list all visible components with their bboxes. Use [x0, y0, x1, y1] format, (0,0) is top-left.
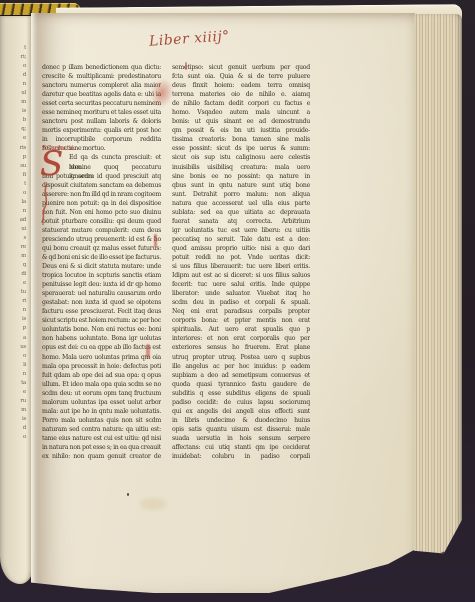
text-line: Porro mala uoluntas quis non sit scdm: [42, 416, 161, 425]
text-line: ui: [8, 225, 26, 234]
text-line: fcta sunt oia. Quia & si de terre puluer…: [172, 72, 310, 81]
text-line: naturam sed contra natura: qa uitiu est:: [42, 425, 161, 434]
text-line: qbus sunt in qntu nature sunt utiq bone: [172, 181, 310, 190]
text-line: o: [8, 352, 26, 361]
text-line: n: [8, 306, 26, 315]
text-line: fi: [8, 171, 26, 180]
text-line: n: [8, 370, 26, 379]
text-line: inuisibilis uisibilisq creatura: mala ue…: [172, 163, 310, 172]
text-line: in natura non pot esse s; in ea qua crea…: [42, 443, 161, 452]
chapter-initial-letter: S: [40, 147, 63, 181]
text-line: p: [8, 324, 26, 333]
text-line: quod amissu proprio uitio: nisi a quo da…: [172, 244, 310, 253]
text-column-left: donec p illam benedictionem qua dictu:cr…: [42, 63, 161, 461]
text-line: non fuit. Non eni homo pcto suo diuinu: [42, 208, 161, 217]
ink-speck: [127, 493, 129, 496]
text-line: puenire non potuit: qa in dei dispositio…: [42, 199, 161, 208]
text-line: crescite & multiplicami: predestinatoru: [42, 72, 161, 81]
text-line: statuerat mutare compulerit: cum deus: [42, 226, 161, 235]
text-line: fuit qdam ab ope dei ad sua opa: q opus: [42, 371, 161, 380]
text-column-right: semetipso: sicut genuit uerbum per quodf…: [172, 63, 310, 461]
text-line: deus finxit hoiem: eadem terra omnisq: [172, 81, 310, 90]
parchment-stain: [140, 498, 166, 510]
text-line: d: [8, 71, 26, 80]
text-line: corporis bona: et ppter mentis non erat: [172, 316, 310, 325]
text-line: igr uoluntatis tuc est uere liberu: cu u…: [172, 226, 310, 235]
text-line: sicut scriptu est hoiem rectum: ac per h…: [42, 316, 161, 325]
text-line: t: [8, 44, 26, 53]
text-line: homo. Vsqadeo autem mala uincunt a: [172, 108, 310, 117]
text-line: a: [8, 334, 26, 343]
text-line: su: [8, 162, 26, 171]
text-line: donec p illam benedictionem qua dictu:: [42, 63, 161, 72]
text-line: o: [8, 189, 26, 198]
text-line: scdm deu in padiso et corpali & spuali.: [172, 298, 310, 307]
text-line: non habens uoluntate. Bona igr uolutas: [42, 334, 161, 343]
text-line: o: [8, 62, 26, 71]
text-segment: Ed qa ds cuncta presciuit: et ideo: [69, 153, 161, 162]
text-line: mala: aut ipe ho in qntu male uoluntatis…: [42, 407, 161, 416]
text-line: ru: [8, 397, 26, 406]
gutter-text-fragments: tri;odnulmisbq;erispsufitolanaduisremqdi…: [8, 44, 26, 442]
text-line: mala opa precessit in hoie: defectus pot…: [42, 362, 161, 371]
text-line: exteriores sensus ho fruerem. Erat plane: [172, 343, 310, 352]
text-line: mortis experimentu: qualis erit post hoc: [42, 126, 161, 135]
red-margin-mark: [185, 62, 187, 70]
text-line: e: [8, 388, 26, 397]
text-line: inuidebat: colubru in padiso corpali: [172, 452, 310, 461]
text-line: s: [8, 234, 26, 243]
text-line: peccatisq no seruit. Tale datu est a deo…: [172, 235, 310, 244]
text-line: n: [8, 80, 26, 89]
photo-background: tri;odnulmisbq;erispsufitolanaduisremqdi…: [0, 0, 475, 602]
text-line: ri;: [8, 53, 26, 62]
text-line: esse nemineq morituru et tales esset uit…: [42, 108, 161, 117]
text-line: supbiam a deo ad semetipsum conuersus et: [172, 371, 310, 380]
text-line: re: [8, 243, 26, 252]
text-line: sine bonis ee no possint: qa nature in: [172, 172, 310, 181]
text-line: daretur que beatitas agelis data e: ubi …: [42, 90, 161, 99]
text-segment: homine quoq peccaturu ignorare: [69, 163, 161, 172]
facing-page-sliver: tri;odnulmisbq;erispsufitolanaduisremqdi…: [0, 16, 33, 584]
text-line: ri: [8, 297, 26, 306]
text-line: quoda quasi tyrannico fastu gaudere de: [172, 380, 310, 389]
fore-edge-stain: [439, 551, 451, 574]
text-line: sperauerat: uel naturaliu causarum ordo: [42, 289, 161, 298]
text-line: li: [8, 361, 26, 370]
text-line: q;: [8, 125, 26, 134]
text-line: penituisse legit deu: iuxta id dr qp hom…: [42, 280, 161, 289]
text-line: is: [8, 315, 26, 324]
text-line: sanctoru post nullam laboris & doloris: [42, 117, 161, 126]
text-line: b: [8, 116, 26, 125]
text-line: ul: [8, 89, 26, 98]
text-line: esset certa securitas peccaturu neminem: [42, 99, 161, 108]
text-line: subditis q esse subditus eligens de spua…: [172, 389, 310, 398]
text-line: m: [8, 406, 26, 415]
fore-edge-pages: [414, 14, 462, 576]
text-line: fuerat sanata atq correcta. Arbitrium: [172, 217, 310, 226]
text-line: ad: [8, 216, 26, 225]
text-line: de nihilo factam dedit corpori cu factus…: [172, 99, 310, 108]
text-line: spiritualis. Aut uero erat spualis quo p: [172, 325, 310, 334]
text-line: scdm deu: ut eorum opm tanq fructuum: [42, 389, 161, 398]
text-line: sublata: sed ea que uitiata ac deprauata: [172, 208, 310, 217]
text-line: semetipso: sicut genuit uerbum per quod: [172, 63, 310, 72]
text-line: suada uersutia in hois sensum serpere: [172, 434, 310, 443]
text-line: Deus eni & si dicit statuta mutare: unde: [42, 262, 161, 271]
text-line: padiso cecidit: de cuius lapsu sociorumq: [172, 398, 310, 407]
text-line: d: [8, 424, 26, 433]
text-line: potuit pturbare consiliu: qsi deum quod: [42, 217, 161, 226]
text-line: ris: [8, 144, 26, 153]
text-line: t: [8, 180, 26, 189]
text-line: tropica locutoe in scpturis sanctis etia…: [42, 271, 161, 280]
text-line: interiores: et non erat corporalis quo p…: [172, 334, 310, 343]
text-line: la: [8, 198, 26, 207]
text-line: di: [8, 270, 26, 279]
text-line: bonis: ut quis sinant ee ad demostrandu: [172, 117, 310, 126]
text-line: homo. Mala uero uoluntas prima qm oia: [42, 353, 161, 362]
text-line: qui bonu creauit qz malus esset futurus:: [42, 244, 161, 253]
text-line: liberator: unde saluator. Viuebat itaq h…: [172, 289, 310, 298]
text-line: asserere: non fm illd qd in nram cogitoe…: [42, 190, 161, 199]
text-line: gestabat: non iuxta id quod se oipotens: [42, 298, 161, 307]
text-line: o: [8, 433, 26, 442]
text-line: n: [8, 207, 26, 216]
text-line: sunt. Detrahit porro malum: non aliqua: [172, 190, 310, 199]
text-line: e: [8, 134, 26, 143]
text-line: natura que accesserat uel ulla eius part…: [172, 199, 310, 208]
text-line: ta: [8, 379, 26, 388]
text-line: in libris undecimo & duodecimo huius: [172, 416, 310, 425]
text-line: Idipm aut est ac si diceret: si uos fili…: [172, 271, 310, 280]
text-line: tu: [8, 288, 26, 297]
text-line: & qd boni eni sic de illo esset ipe fact…: [42, 253, 161, 262]
text-line: tame eius nature est cui est uitiu: qd n…: [42, 434, 161, 443]
text-line: Neq eni erat paradisus corpalis propter: [172, 307, 310, 316]
text-line: is: [8, 107, 26, 116]
text-line: is: [8, 415, 26, 424]
text-line: us: [8, 343, 26, 352]
text-line: potuit reddi no pot. Vnde ueritas dicit:: [172, 253, 310, 262]
red-margin-mark: [154, 234, 157, 247]
text-line: m: [8, 252, 26, 261]
text-line: qm possit & eis bn uti iustitia prouide-: [172, 126, 310, 135]
text-line: tissima creatoris: bona tamen sine malis: [172, 135, 310, 144]
text-line: opis satis quantu uisum est disserui: ma…: [172, 425, 310, 434]
running-title: Liber xiiij°: [149, 28, 231, 50]
text-line: p: [8, 153, 26, 162]
red-margin-mark: [146, 344, 150, 358]
text-line: uoluntatis bone. Non eni rectus ee: boni: [42, 325, 161, 334]
initial-flourish: [39, 183, 53, 223]
text-line: si uos filius liberauerit: tuc uere libe…: [172, 262, 310, 271]
text-line: qui ex angelis dei angeli eius effecti s…: [172, 407, 310, 416]
text-line: presciendo utruq preuenerit: id est & ho: [42, 235, 161, 244]
manuscript-page: Liber xiiij° 141 donec p illam benedicti…: [31, 13, 415, 593]
text-line: opus est dei: cu ea qppe ab illo factus …: [42, 343, 161, 352]
text-line: facturu esse presciuerat. Fecit itaq deu…: [42, 307, 161, 316]
text-line: fecerit: tuc uere salui eritis. Inde qui…: [172, 280, 310, 289]
text-line: e: [8, 279, 26, 288]
text-line: ullum. Et ideo mala opa quia scdm se no: [42, 380, 161, 389]
text-line: sanctoru numerus compleret alia maior: [42, 81, 161, 90]
text-line: esse possint: sicut ds ipe uerus & summ:: [172, 144, 310, 153]
text-line: affectans: cui utiq stanti qm ipe cecide…: [172, 443, 310, 452]
text-line: terrena materies oio de nihilo e. aiamq: [172, 90, 310, 99]
text-line: ex nihilo: non quam genuit creator de: [42, 452, 161, 461]
text-line: q: [8, 261, 26, 270]
text-line: sicut ois sup istu caliginosu aere celes…: [172, 153, 310, 162]
text-line: ille angelus ac per hoc inuidus: p eadem: [172, 362, 310, 371]
text-line: m: [8, 98, 26, 107]
text-line: utruq propter utruq. Postea uero q supbu…: [172, 353, 310, 362]
text-line: malorum uoluntas ipa esset uelut arbor: [42, 398, 161, 407]
